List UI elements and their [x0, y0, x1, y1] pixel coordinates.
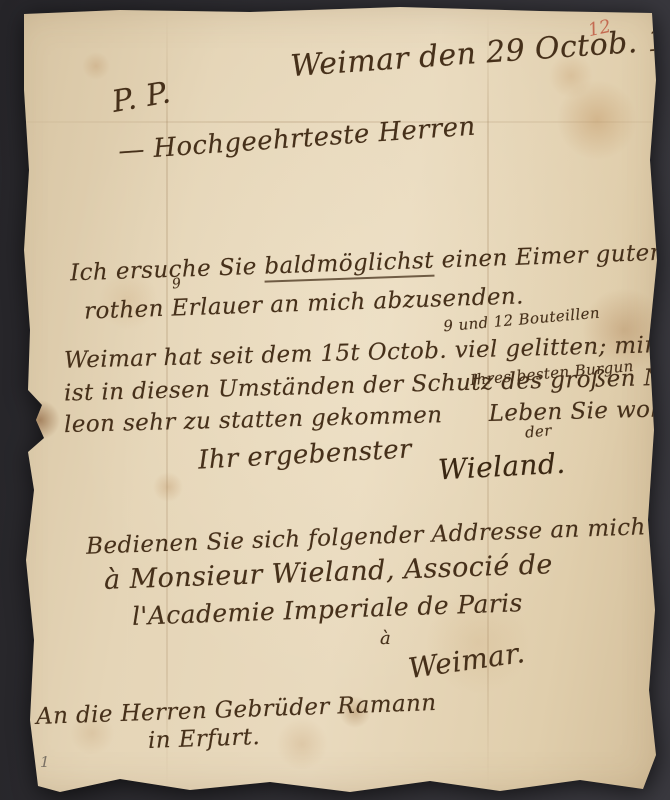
letter-scan: 12 Weimar den 29 Octob. 1806 P. P. — Hoc…: [0, 0, 670, 800]
letter-paper: 12 Weimar den 29 Octob. 1806 P. P. — Hoc…: [0, 0, 670, 800]
paper-shadow: 12 Weimar den 29 Octob. 1806 P. P. — Hoc…: [0, 0, 670, 800]
recipient-line-2: in Erfurt.: [148, 724, 261, 754]
dateline: Weimar den 29 Octob. 1806: [289, 19, 670, 84]
signature: Wieland.: [437, 447, 566, 487]
postscript-line-4: Weimar.: [406, 636, 527, 685]
body-line-1-pre: Ich ersuche Sie: [70, 254, 265, 287]
closing: Ihr ergebenster: [197, 434, 412, 475]
postscript-line-1: Bedienen Sie sich folgender Addresse an …: [86, 514, 647, 560]
body-line-1-post: einen Eimer guten: [433, 240, 665, 274]
insertion-line-1: und 12 Bouteillen: [453, 304, 601, 335]
postscript-line-3: l'Academie Imperiale de Paris: [132, 588, 524, 631]
salutation-abbrev: P. P.: [109, 75, 173, 120]
insertion-row-1: 9 und 12 Bouteillen: [443, 300, 630, 336]
insertion-caret: 9: [171, 276, 182, 293]
salutation: — Hochgeehrteste Herren: [117, 112, 476, 167]
postscript-line-4-prefix: à: [380, 628, 391, 649]
pencil-number: 1: [40, 753, 50, 771]
body-line-1-underlined-word: baldmöglichst: [264, 248, 434, 283]
